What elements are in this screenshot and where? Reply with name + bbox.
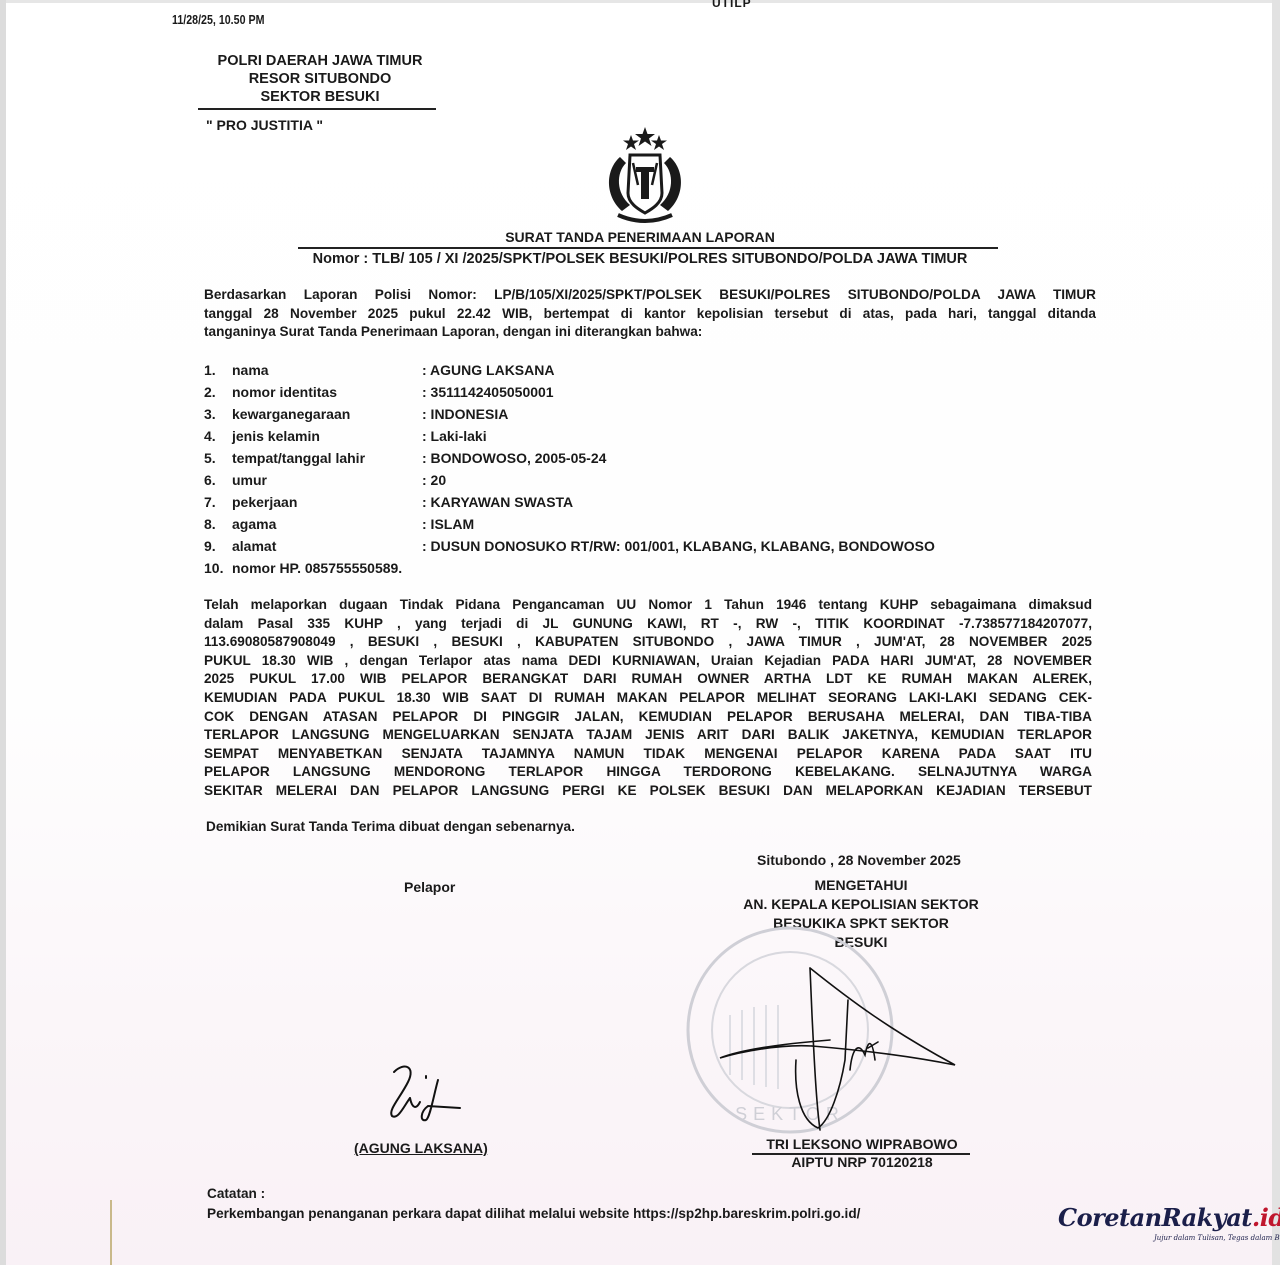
letterhead-line: RESOR SITUBONDO — [200, 70, 440, 88]
watermark-brand: CoretanRakyat.id — [1058, 1203, 1280, 1232]
watermark-tagline: Jujur dalam Tulisan, Tegas dalam Berita — [1154, 1234, 1280, 1242]
intro-line: tanganinya Surat Tanda Penerimaan Lapora… — [204, 323, 1096, 342]
intro-line: Berdasarkan Laporan Polisi Nomor: LP/B/1… — [204, 286, 1096, 305]
officer-signature — [700, 960, 970, 1150]
polri-emblem-icon — [600, 125, 690, 225]
report-line: TERLAPOR LANGSUNG MENGELUARKAN SENJATA T… — [204, 726, 1092, 745]
report-line: 2025 PUKUL 17.00 WIB PELAPOR BERANGKAT D… — [204, 670, 1092, 689]
report-line: dalam Pasal 335 KUHP , yang terjadi di J… — [204, 615, 1092, 634]
report-line: COK DENGAN ATASAN PELAPOR DI PINGGIR JAL… — [204, 708, 1092, 727]
report-line: PUKUL 18.30 WIB , dengan Terlapor atas n… — [204, 652, 1092, 671]
reporter-name: (AGUNG LAKSANA) — [354, 1140, 488, 1156]
report-line: SEKITAR MELERAI DAN PELAPOR LANGSUNG PER… — [204, 782, 1092, 801]
incident-report-paragraph: Telah melaporkan dugaan Tindak Pidana Pe… — [204, 596, 1092, 801]
officer-name: TRI LEKSONO WIPRABOWO — [752, 1136, 972, 1152]
letterhead-divider — [198, 108, 436, 110]
paper-fold-mark — [110, 1200, 112, 1265]
report-line: PELAPOR LANGSUNG MENDORONG TERLAPOR HING… — [204, 763, 1092, 782]
letterhead-line: POLRI DAERAH JAWA TIMUR — [200, 52, 440, 70]
intro-paragraph: Berdasarkan Laporan Polisi Nomor: LP/B/1… — [204, 286, 1096, 342]
closing-statement: Demikian Surat Tanda Terima dibuat denga… — [206, 819, 575, 834]
reporter-label: Pelapor — [404, 879, 455, 895]
official-line: AN. KEPALA KEPOLISIAN SEKTOR — [720, 895, 1002, 914]
officer-nrp: AIPTU NRP 70120218 — [752, 1154, 972, 1170]
cut-off-header-text: UTILP — [712, 0, 752, 10]
signing-place-date: Situbondo , 28 November 2025 — [757, 852, 961, 868]
document-number: Nomor : TLB/ 105 / XI /2025/SPKT/POLSEK … — [0, 251, 1280, 267]
report-line: 113.69080587908049 , BESUKI , BESUKI , K… — [204, 633, 1092, 652]
coretanrakyat-watermark-logo: CoretanRakyat.id Jujur dalam Tulisan, Te… — [1058, 1203, 1258, 1249]
document-title: SURAT TANDA PENERIMAAN LAPORAN — [0, 229, 1280, 245]
pro-justitia-label: " PRO JUSTITIA " — [206, 117, 323, 133]
report-line: KEMUDIAN PADA PUKUL 18.30 WIB SAAT DI RU… — [204, 689, 1092, 708]
viewer-scrollbar[interactable] — [1272, 0, 1280, 1265]
note-text: Perkembangan penanganan perkara dapat di… — [207, 1206, 860, 1221]
letterhead: POLRI DAERAH JAWA TIMUR RESOR SITUBONDO … — [200, 52, 440, 106]
official-line: MENGETAHUI — [720, 876, 1002, 895]
intro-line: tanggal 28 November 2025 pukul 22.42 WIB… — [204, 305, 1096, 324]
letterhead-line: SEKTOR BESUKI — [200, 88, 440, 106]
print-timestamp: 11/28/25, 10.50 PM — [172, 12, 264, 27]
reporter-signature — [380, 1058, 470, 1133]
note-label: Catatan : — [207, 1186, 265, 1201]
report-line: SEMPAT MENYABETKAN SENJATA TAJAMNYA NAMU… — [204, 745, 1092, 764]
title-underline — [298, 247, 998, 249]
report-line: Telah melaporkan dugaan Tindak Pidana Pe… — [204, 596, 1092, 615]
